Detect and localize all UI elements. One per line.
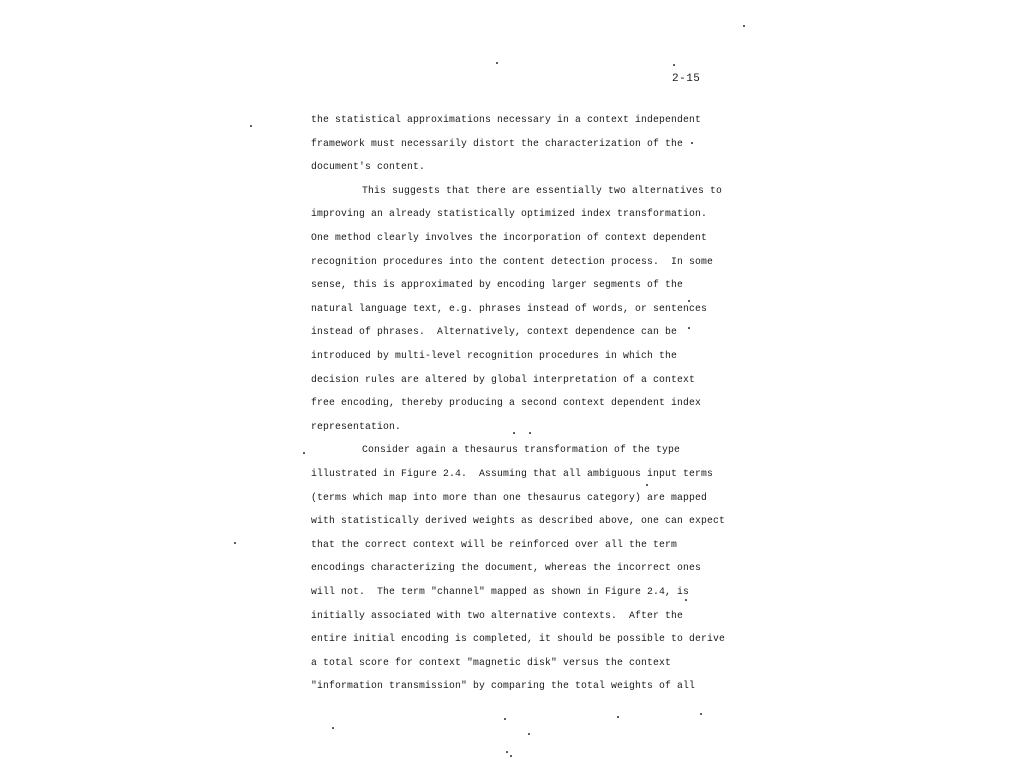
text-line: representation. bbox=[311, 421, 401, 433]
scan-speck bbox=[496, 62, 498, 64]
text-line: framework must necessarily distort the c… bbox=[311, 138, 683, 150]
text-line: that the correct context will be reinfor… bbox=[311, 539, 677, 551]
text-line: instead of phrases. Alternatively, conte… bbox=[311, 326, 677, 338]
text-line: Consider again a thesaurus transformatio… bbox=[362, 444, 680, 456]
text-line: illustrated in Figure 2.4. Assuming that… bbox=[311, 468, 713, 480]
page-number: 2-15 bbox=[672, 73, 700, 85]
scan-speck bbox=[504, 718, 506, 720]
text-line: introduced by multi-level recognition pr… bbox=[311, 350, 677, 362]
text-line: entire initial encoding is completed, it… bbox=[311, 633, 725, 645]
text-line: the statistical approximations necessary… bbox=[311, 114, 701, 126]
text-line: "information transmission" by comparing … bbox=[311, 680, 695, 692]
scan-speck bbox=[646, 484, 648, 486]
scan-speck bbox=[513, 432, 515, 434]
text-line: will not. The term "channel" mapped as s… bbox=[311, 586, 689, 598]
text-line: encodings characterizing the document, w… bbox=[311, 562, 701, 574]
scan-speck bbox=[332, 727, 334, 729]
scan-speck bbox=[510, 755, 512, 757]
scan-speck bbox=[673, 64, 675, 66]
scan-speck bbox=[303, 452, 305, 454]
scan-speck bbox=[528, 733, 530, 735]
scan-speck bbox=[688, 327, 690, 329]
scan-speck bbox=[506, 751, 508, 753]
scan-speck bbox=[250, 125, 252, 127]
text-line: This suggests that there are essentially… bbox=[362, 185, 722, 197]
scan-speck bbox=[700, 713, 702, 715]
text-line: a total score for context "magnetic disk… bbox=[311, 657, 671, 669]
scan-speck bbox=[234, 542, 236, 544]
text-line: initially associated with two alternativ… bbox=[311, 610, 683, 622]
text-line: improving an already statistically optim… bbox=[311, 208, 707, 220]
scanned-document-page: 2-15 the statistical approximations nece… bbox=[0, 0, 1024, 768]
text-line: (terms which map into more than one thes… bbox=[311, 492, 707, 504]
text-line: with statistically derived weights as de… bbox=[311, 515, 725, 527]
text-line: recognition procedures into the content … bbox=[311, 256, 713, 268]
text-line: document's content. bbox=[311, 161, 425, 173]
text-line: decision rules are altered by global int… bbox=[311, 374, 695, 386]
text-line: One method clearly involves the incorpor… bbox=[311, 232, 707, 244]
text-line: free encoding, thereby producing a secon… bbox=[311, 397, 701, 409]
scan-speck bbox=[688, 300, 690, 302]
scan-speck bbox=[617, 716, 619, 718]
text-line: sense, this is approximated by encoding … bbox=[311, 279, 683, 291]
scan-speck bbox=[743, 25, 745, 27]
scan-speck bbox=[529, 432, 531, 434]
scan-speck bbox=[691, 142, 693, 144]
text-line: natural language text, e.g. phrases inst… bbox=[311, 303, 707, 315]
scan-speck bbox=[685, 599, 687, 601]
